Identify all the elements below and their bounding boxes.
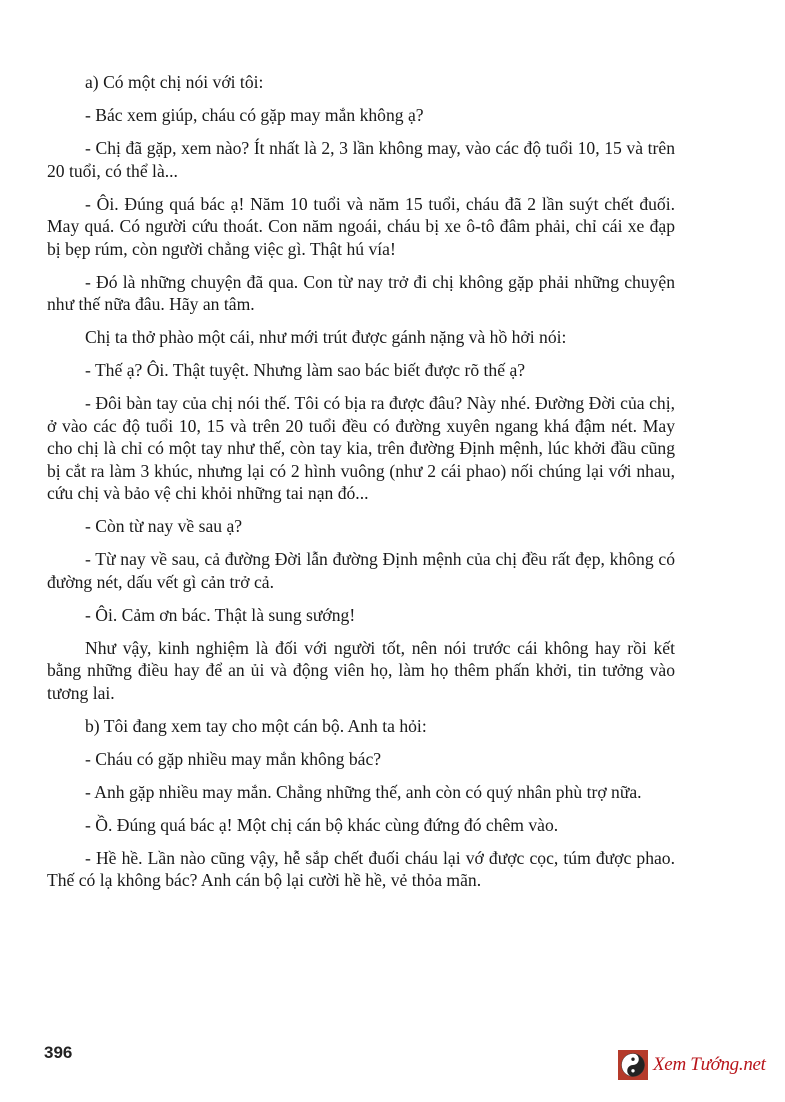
page-body: a) Có một chị nói với tôi: - Bác xem giú…	[47, 71, 675, 902]
paragraph: - Từ nay về sau, cả đường Đời lẫn đường …	[47, 548, 675, 593]
paragraph: - Thế ạ? Ôi. Thật tuyệt. Nhưng làm sao b…	[47, 359, 675, 382]
watermark-text: Xem Tướng.net	[653, 1054, 766, 1076]
paragraph: - Chị đã gặp, xem nào? Ít nhất là 2, 3 l…	[47, 137, 675, 182]
paragraph: - Đó là những chuyện đã qua. Con từ nay …	[47, 271, 675, 316]
paragraph: - Còn từ nay về sau ạ?	[47, 515, 675, 538]
paragraph: - Hề hề. Lần nào cũng vậy, hễ sắp chết đ…	[47, 847, 675, 892]
watermark-logo: Xem Tướng.net	[618, 1050, 766, 1080]
paragraph: a) Có một chị nói với tôi:	[47, 71, 675, 94]
paragraph: - Đôi bàn tay của chị nói thế. Tôi có bị…	[47, 392, 675, 505]
paragraph: - Ồ. Đúng quá bác ạ! Một chị cán bộ khác…	[47, 814, 675, 837]
paragraph: Chị ta thở phào một cái, như mới trút đư…	[47, 326, 675, 349]
paragraph: - Anh gặp nhiều may mắn. Chẳng những thế…	[47, 781, 675, 804]
paragraph: - Cháu có gặp nhiều may mắn không bác?	[47, 748, 675, 771]
yin-yang-icon	[618, 1050, 648, 1080]
paragraph: - Ôi. Đúng quá bác ạ! Năm 10 tuổi và năm…	[47, 193, 675, 261]
paragraph: - Ôi. Cảm ơn bác. Thật là sung sướng!	[47, 604, 675, 627]
page-number: 396	[44, 1043, 72, 1063]
paragraph: b) Tôi đang xem tay cho một cán bộ. Anh …	[47, 715, 675, 738]
paragraph: Như vậy, kinh nghiệm là đối với người tố…	[47, 637, 675, 705]
paragraph: - Bác xem giúp, cháu có gặp may mắn khôn…	[47, 104, 675, 127]
